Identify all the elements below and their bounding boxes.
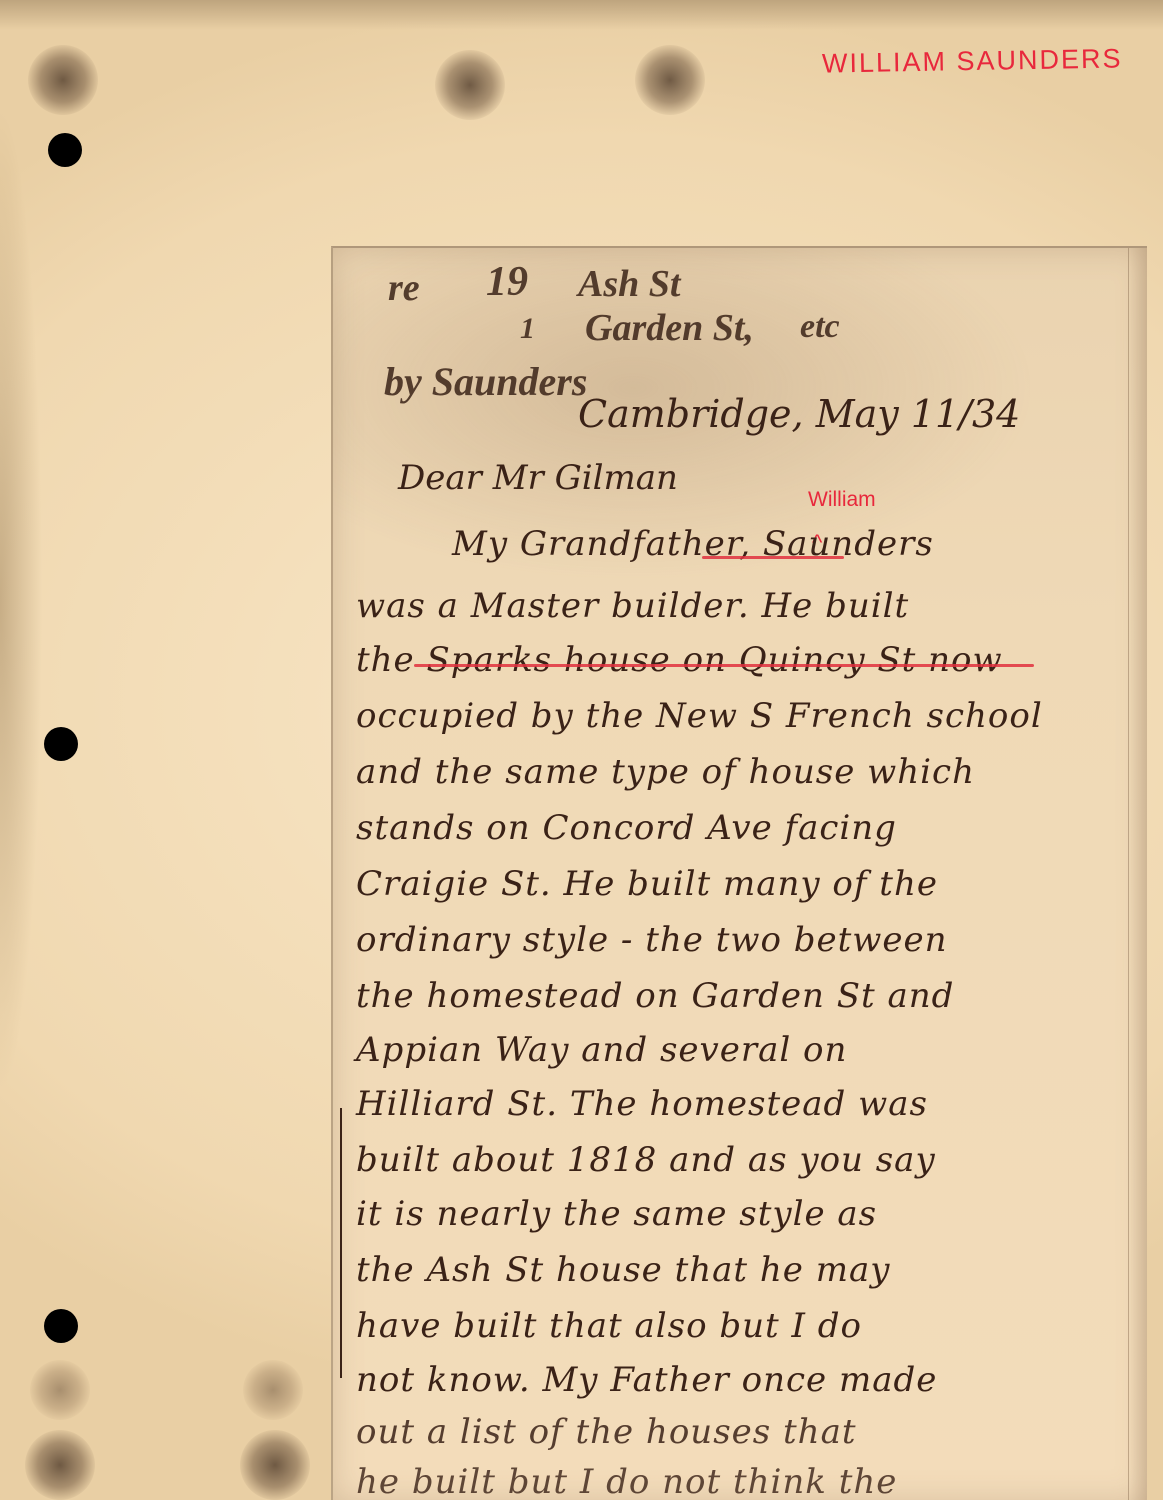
letter-line: Craigie St. He built many of the (356, 864, 938, 904)
letter-line: have built that also but I do (356, 1306, 862, 1346)
pencil-note-garden-st: Garden St, (585, 306, 754, 350)
stain-mark (635, 45, 705, 115)
letter-line: My Grandfather, Saunders (452, 524, 934, 564)
letter-line: the homestead on Garden St and (356, 976, 954, 1016)
archival-document-page: WILLIAM SAUNDERS re 19 Ash St 1 Garden S… (0, 0, 1163, 1500)
pencil-note-by-saunders: by Saunders (384, 358, 587, 405)
letter-line: he built but I do not think the (356, 1462, 897, 1500)
letter-line: ordinary style - the two between (356, 920, 948, 960)
letter-line: the Sparks house on Quincy St now (356, 640, 1003, 680)
stain-mark (25, 1430, 95, 1500)
letter-line: stands on Concord Ave facing (356, 808, 897, 848)
letter-dateline: Cambridge, May 11/34 (578, 392, 1020, 436)
letter-line: Appian Way and several on (356, 1030, 847, 1070)
page-top-edge-shadow (0, 0, 1163, 30)
letter-salutation: Dear Mr Gilman (398, 458, 678, 498)
red-underline-sparks-house (414, 664, 1034, 667)
letter-line: the Ash St house that he may (356, 1250, 890, 1290)
letter-line: built about 1818 and as you say (356, 1140, 936, 1180)
letter-line: it is nearly the same style as (356, 1194, 877, 1234)
pencil-note-number: 19 (486, 258, 528, 306)
punch-hole (44, 1309, 78, 1343)
stain-mark (243, 1360, 303, 1420)
letter-line: Hilliard St. The homestead was (356, 1084, 928, 1124)
letter-line: out a list of the houses that (356, 1412, 857, 1452)
letter-line: was a Master builder. He built (356, 586, 909, 626)
red-insertion-word: William (808, 488, 876, 512)
stain-mark (30, 1360, 90, 1420)
document-header-label: WILLIAM SAUNDERS (822, 43, 1123, 79)
stain-mark (240, 1430, 310, 1500)
red-underline-saunders (702, 556, 844, 559)
sheet-edge (1128, 248, 1147, 1500)
pencil-note-marker: 1 (520, 312, 535, 346)
punch-hole (48, 133, 82, 167)
stain-mark (435, 50, 505, 120)
pencil-note-re: re (388, 266, 420, 310)
letter-line: occupied by the New S French school (356, 696, 1043, 736)
punch-hole (44, 727, 78, 761)
letter-line: not know. My Father once made (356, 1360, 937, 1400)
stain-mark (28, 45, 98, 115)
margin-bracket-mark (340, 1108, 342, 1378)
letter-line: and the same type of house which (356, 752, 975, 792)
pencil-note-ash-st: Ash St (578, 262, 680, 306)
pencil-note-etc: etc (800, 308, 840, 346)
